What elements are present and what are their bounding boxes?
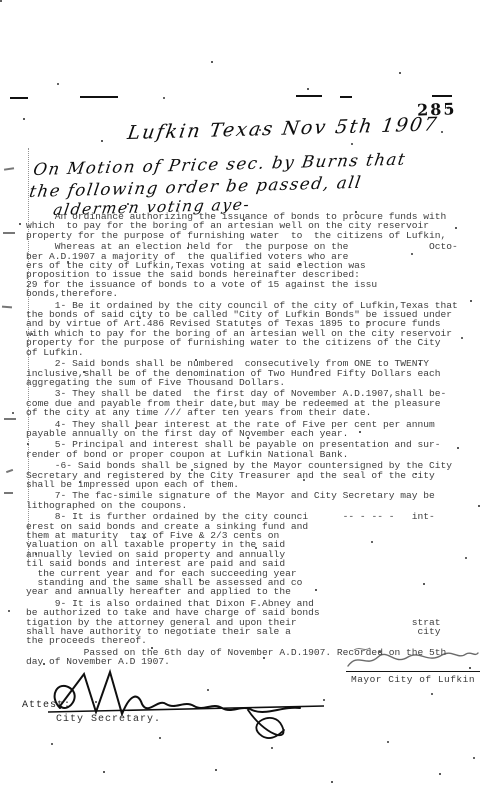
ordinance-whereas: Whereas at an election held for the purp… [26, 242, 482, 298]
scan-artifact-dash [10, 97, 28, 99]
margin-pencil-mark [4, 167, 14, 170]
scan-artifact-dash [340, 96, 352, 98]
scan-artifact-dash [296, 95, 322, 97]
scan-noise-speckle [0, 0, 2, 2]
ordinance-section-6: -6- Said bonds shall be signed by the Ma… [26, 461, 482, 489]
ordinance-section-4: 4- They shall bear interest at the rate … [26, 420, 482, 439]
ordinance-section-1: 1- Be it ordained by the city council of… [26, 301, 482, 357]
scanned-ordinance-page: 285 Lufkin Texas Nov 5th 1907 On Motion … [0, 0, 486, 800]
mayor-signature-rule [346, 671, 480, 672]
mayor-title: Mayor City of Lufkin [351, 674, 475, 685]
margin-pencil-mark [2, 306, 12, 308]
handwritten-dateline: Lufkin Texas Nov 5th 1907 [126, 113, 440, 144]
margin-pencil-mark [3, 232, 15, 234]
city-secretary-signature [38, 662, 338, 746]
ordinance-section-7: 7- The fac-simile signature of the Mayor… [26, 491, 482, 510]
ordinance-section-9: 9- It is also ordained that Dixon F.Abne… [26, 599, 482, 646]
ordinance-preamble: An ordinance authorizing the issuance of… [26, 212, 482, 240]
ordinance-section-8: 8- It is further ordained by the city co… [26, 512, 482, 597]
ordinance-section-5: 5- Principal and interest shall be payab… [26, 440, 482, 459]
city-secretary-title: City Secretary. [56, 714, 161, 725]
ordinance-section-3: 3- They shall be dated the first day of … [26, 389, 482, 417]
scan-artifact-dash [80, 96, 118, 98]
ordinance-section-2: 2- Said bonds shall be numbered consecut… [26, 359, 482, 387]
margin-pencil-mark [6, 469, 13, 473]
mayor-signature [344, 644, 482, 674]
margin-pencil-mark [4, 492, 13, 494]
scan-artifact-dash [432, 95, 452, 97]
ordinance-body: An ordinance authorizing the issuance of… [26, 212, 482, 669]
margin-pencil-mark [4, 418, 16, 420]
